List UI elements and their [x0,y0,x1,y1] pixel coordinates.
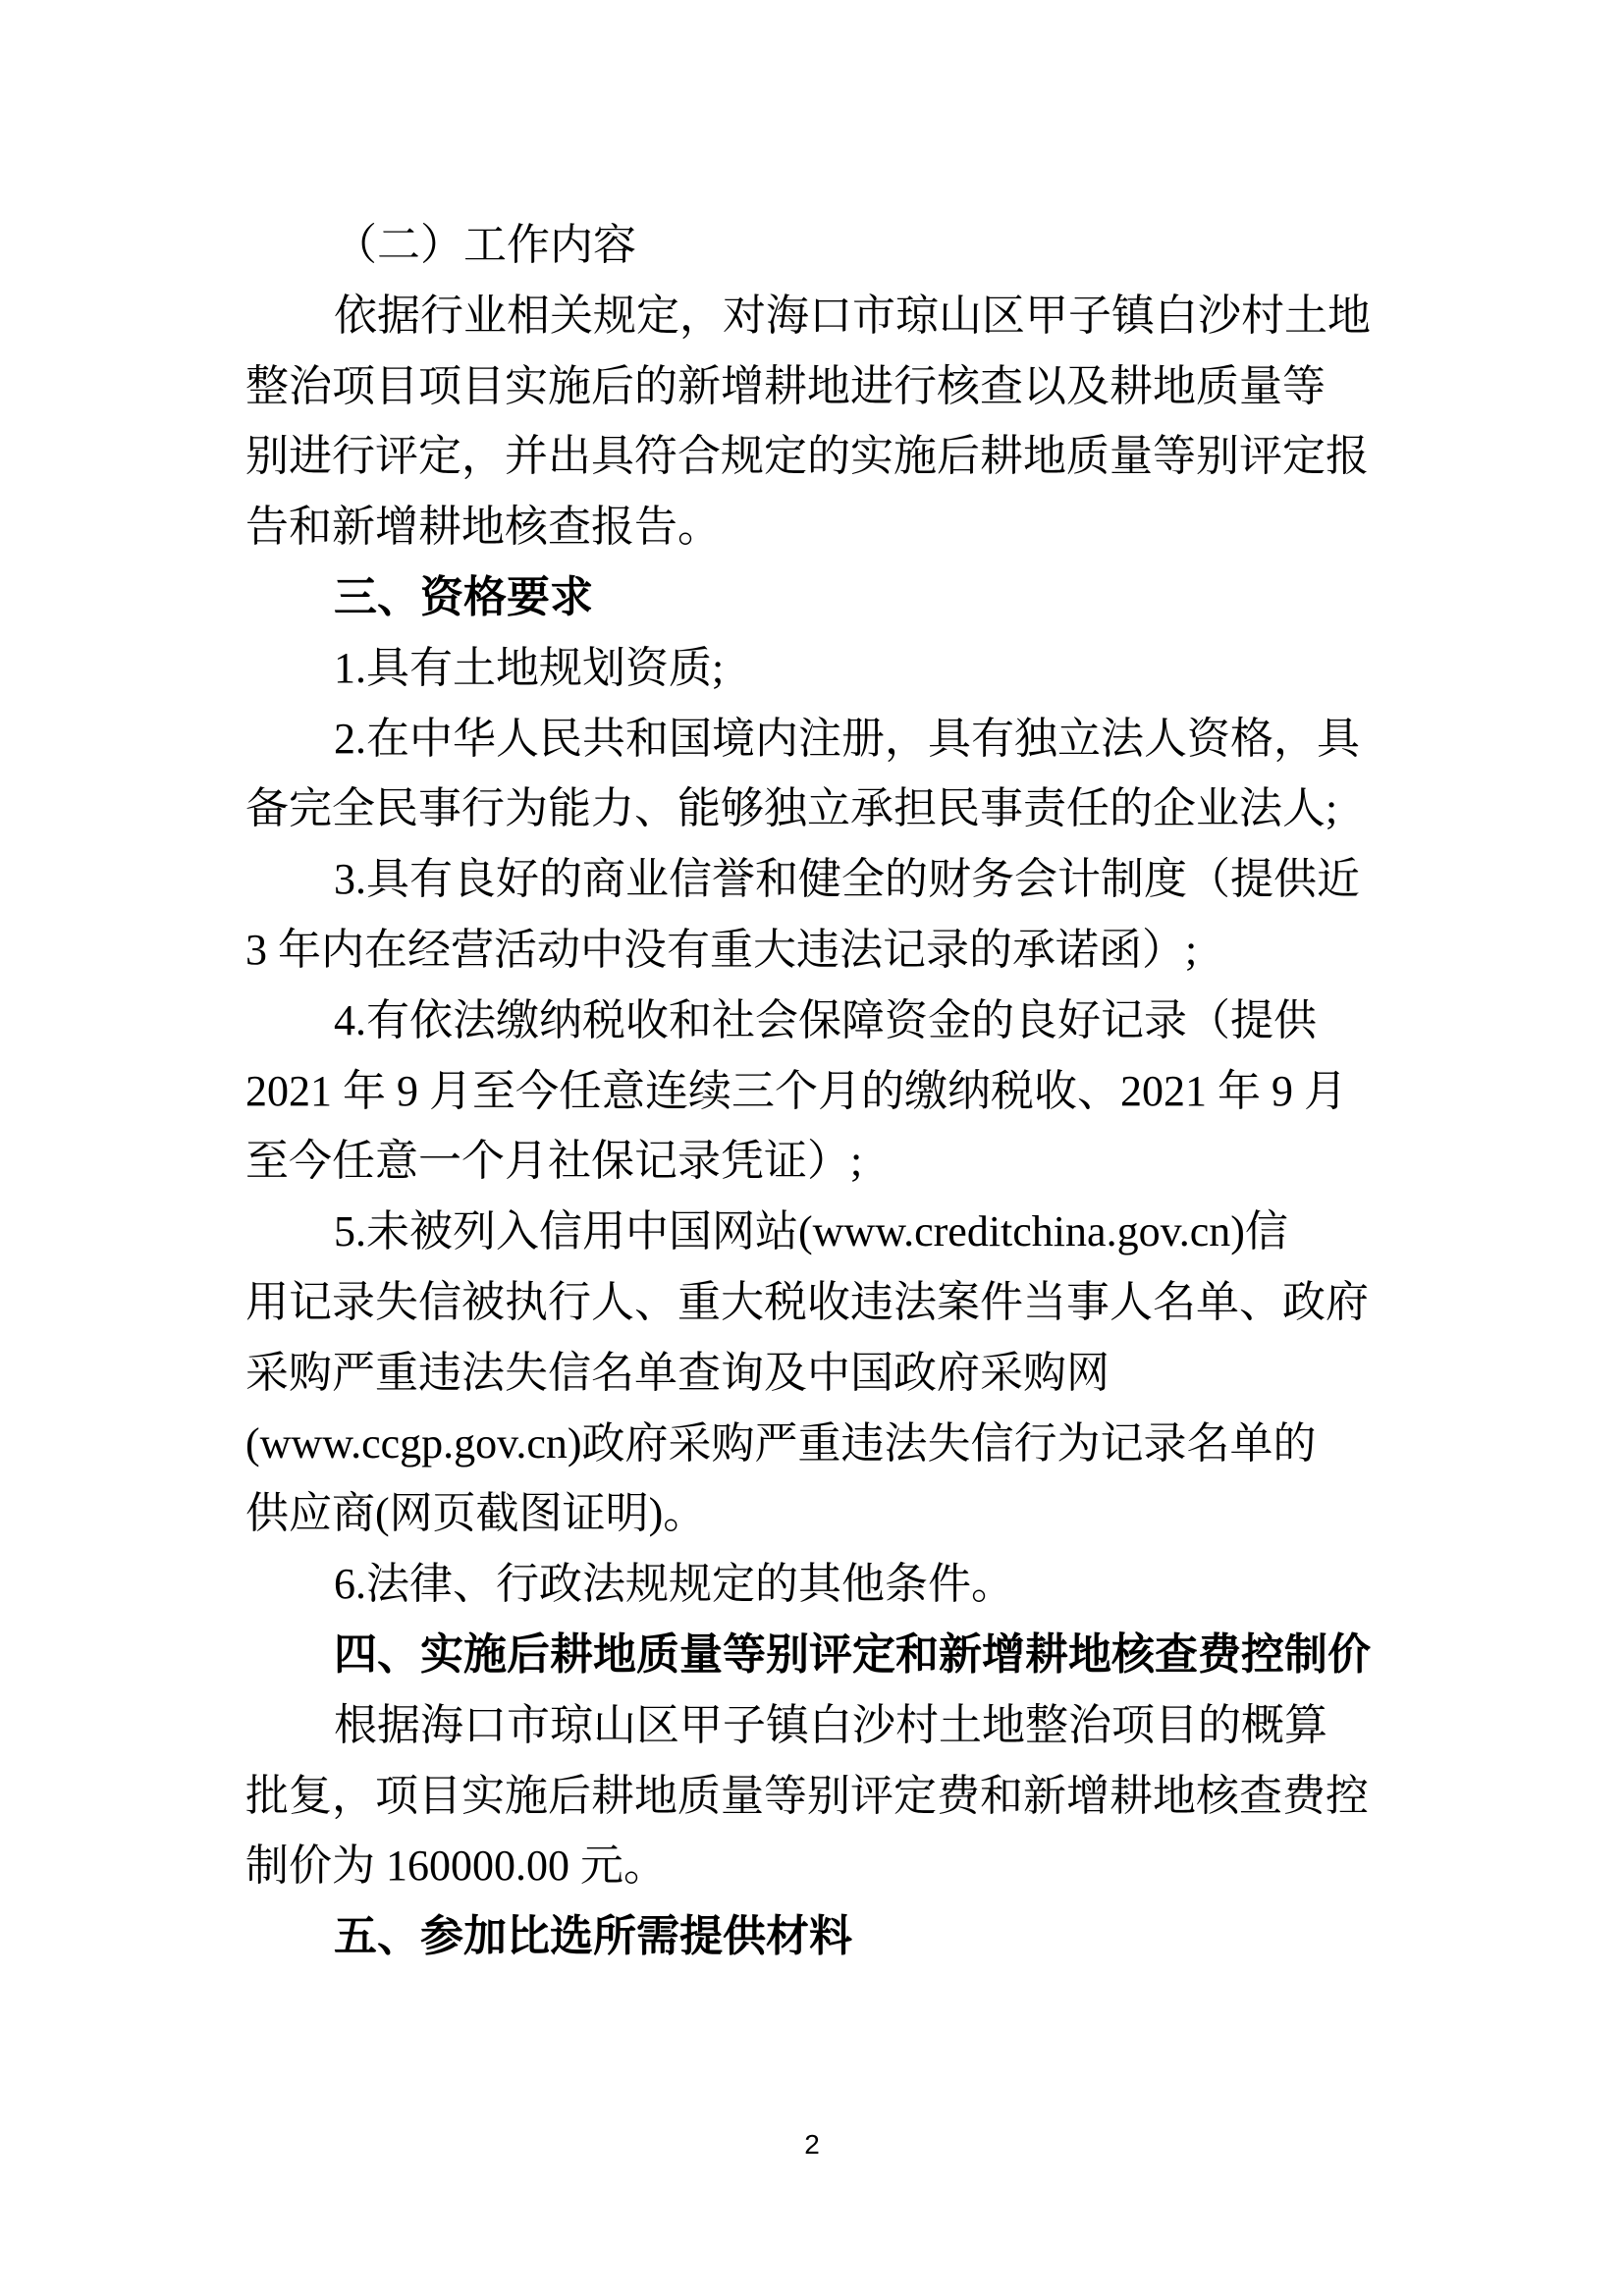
paragraph-work-content-line-4: 告和新增耕地核查报告。 [245,492,1394,562]
qualification-item-1: 1.具有土地规划资质; [245,633,1394,704]
qualification-item-5-line-1: 5.未被列入信用中国网站(www.creditchina.gov.cn)信 [245,1197,1394,1267]
qualification-item-6: 6.法律、行政法规规定的其他条件。 [245,1549,1394,1620]
document-body: （二）工作内容 依据行业相关规定，对海口市琼山区甲子镇白沙村土地 整治项目项目实… [245,210,1394,1972]
document-page: （二）工作内容 依据行业相关规定，对海口市琼山区甲子镇白沙村土地 整治项目项目实… [0,0,1624,2296]
qualification-item-5-line-5: 供应商(网页截图证明)。 [245,1478,1394,1549]
qualification-item-3-line-1: 3.具有良好的商业信誉和健全的财务会计制度（提供近 [245,844,1394,915]
paragraph-work-content-line-3: 别进行评定，并出具符合规定的实施后耕地质量等别评定报 [245,421,1394,492]
paragraph-control-price-line-1: 根据海口市琼山区甲子镇白沙村土地整治项目的概算 [245,1690,1394,1761]
qualification-item-5-line-4: (www.ccgp.gov.cn)政府采购严重违法失信行为记录名单的 [245,1409,1394,1479]
qualification-item-4-line-3: 至今任意一个月社保记录凭证）; [245,1126,1394,1197]
page-number: 2 [0,2128,1624,2162]
heading-section-5-materials: 五、参加比选所需提供材料 [245,1901,1394,1972]
qualification-item-2-line-2: 备完全民事行为能力、能够独立承担民事责任的企业法人; [245,774,1394,844]
heading-section-2-work-content: （二）工作内容 [245,210,1394,281]
qualification-item-4-line-2: 2021 年 9 月至今任意连续三个月的缴纳税收、2021 年 9 月 [245,1056,1394,1127]
qualification-item-3-line-2: 3 年内在经营活动中没有重大违法记录的承诺函）; [245,915,1394,986]
paragraph-control-price-line-2: 批复，项目实施后耕地质量等别评定费和新增耕地核查费控 [245,1761,1394,1832]
qualification-item-5-line-3: 采购严重违法失信名单查询及中国政府采购网 [245,1338,1394,1409]
paragraph-control-price-line-3: 制价为 160000.00 元。 [245,1831,1394,1901]
qualification-item-2-line-1: 2.在中华人民共和国境内注册，具有独立法人资格，具 [245,704,1394,774]
heading-section-3-qualification: 三、资格要求 [245,562,1394,633]
paragraph-work-content-line-2: 整治项目项目实施后的新增耕地进行核查以及耕地质量等 [245,351,1394,422]
qualification-item-4-line-1: 4.有依法缴纳税收和社会保障资金的良好记录（提供 [245,986,1394,1056]
qualification-item-5-line-2: 用记录失信被执行人、重大税收违法案件当事人名单、政府 [245,1267,1394,1338]
paragraph-work-content-line-1: 依据行业相关规定，对海口市琼山区甲子镇白沙村土地 [245,281,1394,351]
heading-section-4-control-price: 四、实施后耕地质量等别评定和新增耕地核查费控制价 [245,1620,1394,1690]
